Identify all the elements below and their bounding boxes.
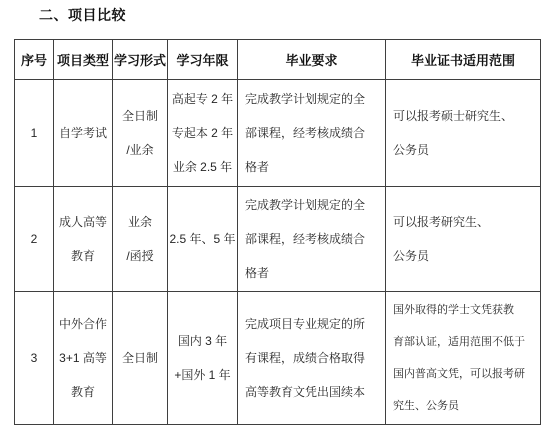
table-header-row: 序号 项目类型 学习形式 学习年限 毕业要求 毕业证书适用范围 xyxy=(15,40,541,80)
cell-certificate-scope: 国外取得的学士文凭获教 育部认证，适用范围不低于 国内普高文凭，可以报考研 究生… xyxy=(386,292,541,425)
cell-study-form: 全日制 xyxy=(113,292,168,425)
cell-graduation-requirement: 完成项目专业规定的所 有课程，成绩合格取得 高等教育文凭出国续本 xyxy=(238,292,386,425)
cell-serial: 3 xyxy=(15,292,54,425)
cell-project-type: 成人高等 教育 xyxy=(54,187,113,292)
cell-project-type: 自学考试 xyxy=(54,80,113,187)
col-header-study-duration: 学习年限 xyxy=(168,40,238,80)
cell-study-duration: 高起专 2 年 专起本 2 年 业余 2.5 年 xyxy=(168,80,238,187)
cell-study-duration: 2.5 年、5 年 xyxy=(168,187,238,292)
table-row: 2 成人高等 教育 业余 /函授 2.5 年、5 年 完成教学计划规定的全 部课… xyxy=(15,187,541,292)
col-header-certificate-scope: 毕业证书适用范围 xyxy=(386,40,541,80)
table-row: 3 中外合作 3+1 高等 教育 全日制 国内 3 年 +国外 1 年 完成项目… xyxy=(15,292,541,425)
cell-study-form: 业余 /函授 xyxy=(113,187,168,292)
col-header-serial: 序号 xyxy=(15,40,54,80)
cell-certificate-scope: 可以报考研究生、 公务员 xyxy=(386,187,541,292)
table-row: 1 自学考试 全日制 /业余 高起专 2 年 专起本 2 年 业余 2.5 年 … xyxy=(15,80,541,187)
cell-certificate-scope: 可以报考硕士研究生、 公务员 xyxy=(386,80,541,187)
cell-study-duration: 国内 3 年 +国外 1 年 xyxy=(168,292,238,425)
cell-project-type: 中外合作 3+1 高等 教育 xyxy=(54,292,113,425)
cell-graduation-requirement: 完成教学计划规定的全 部课程，经考核成绩合 格者 xyxy=(238,187,386,292)
col-header-graduation-requirement: 毕业要求 xyxy=(238,40,386,80)
col-header-project-type: 项目类型 xyxy=(54,40,113,80)
cell-study-form: 全日制 /业余 xyxy=(113,80,168,187)
page-title: 二、项目比较 xyxy=(39,7,551,24)
col-header-study-form: 学习形式 xyxy=(113,40,168,80)
cell-serial: 2 xyxy=(15,187,54,292)
cell-graduation-requirement: 完成教学计划规定的全 部课程，经考核成绩合 格者 xyxy=(238,80,386,187)
comparison-table: 序号 项目类型 学习形式 学习年限 毕业要求 毕业证书适用范围 1 自学考试 全… xyxy=(14,39,541,425)
cell-serial: 1 xyxy=(15,80,54,187)
